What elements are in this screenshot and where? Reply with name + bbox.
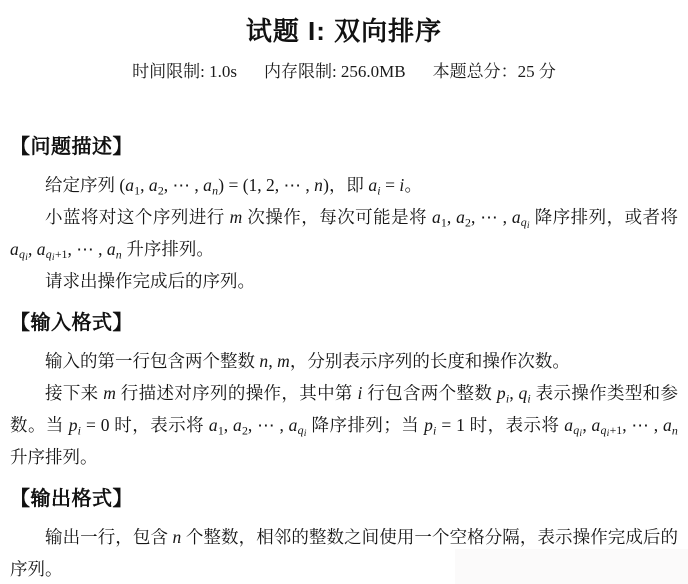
limits-bar: 时间限制: 1.0s 内存限制: 256.0MB 本题总分：25 分 <box>10 61 678 83</box>
section-output-format: 【输出格式】 输出一行，包含 n 个整数，相邻的整数之间使用一个空格分隔，表示操… <box>10 486 678 584</box>
section-heading-output-format: 【输出格式】 <box>10 486 678 512</box>
memory-limit: 内存限制: 256.0MB <box>264 61 406 83</box>
section-input-format: 【输入格式】 输入的第一行包含两个整数 n, m，分别表示序列的长度和操作次数。… <box>10 310 678 473</box>
time-limit: 时间限制: 1.0s <box>132 61 237 83</box>
problem-statement-page: 试题 I: 双向排序 时间限制: 1.0s 内存限制: 256.0MB 本题总分… <box>0 0 688 584</box>
section-body: 输入的第一行包含两个整数 n, m，分别表示序列的长度和操作次数。 接下来 m … <box>10 345 678 473</box>
total-score: 本题总分：25 分 <box>433 61 556 83</box>
section-heading-input-format: 【输入格式】 <box>10 310 678 336</box>
problem-title: 试题 I: 双向排序 <box>10 14 678 48</box>
paragraph: 接下来 m 行描述对序列的操作，其中第 i 行包含两个整数 pi, qi 表示操… <box>10 377 678 473</box>
section-body: 给定序列 (a1, a2, ⋯ , an) = (1, 2, ⋯ , n)，即 … <box>10 169 678 297</box>
section-body: 输出一行，包含 n 个整数，相邻的整数之间使用一个空格分隔，表示操作完成后的序列… <box>10 521 678 584</box>
section-problem-description: 【问题描述】 给定序列 (a1, a2, ⋯ , an) = (1, 2, ⋯ … <box>10 134 678 297</box>
paragraph: 给定序列 (a1, a2, ⋯ , an) = (1, 2, ⋯ , n)，即 … <box>10 169 678 201</box>
paragraph: 输入的第一行包含两个整数 n, m，分别表示序列的长度和操作次数。 <box>10 345 678 377</box>
section-heading-problem-description: 【问题描述】 <box>10 134 678 160</box>
paragraph: 输出一行，包含 n 个整数，相邻的整数之间使用一个空格分隔，表示操作完成后的序列… <box>10 521 678 584</box>
paragraph: 小蓝将对这个序列进行 m 次操作，每次可能是将 a1, a2, ⋯ , aqi … <box>10 201 678 265</box>
paragraph: 请求出操作完成后的序列。 <box>10 265 678 297</box>
